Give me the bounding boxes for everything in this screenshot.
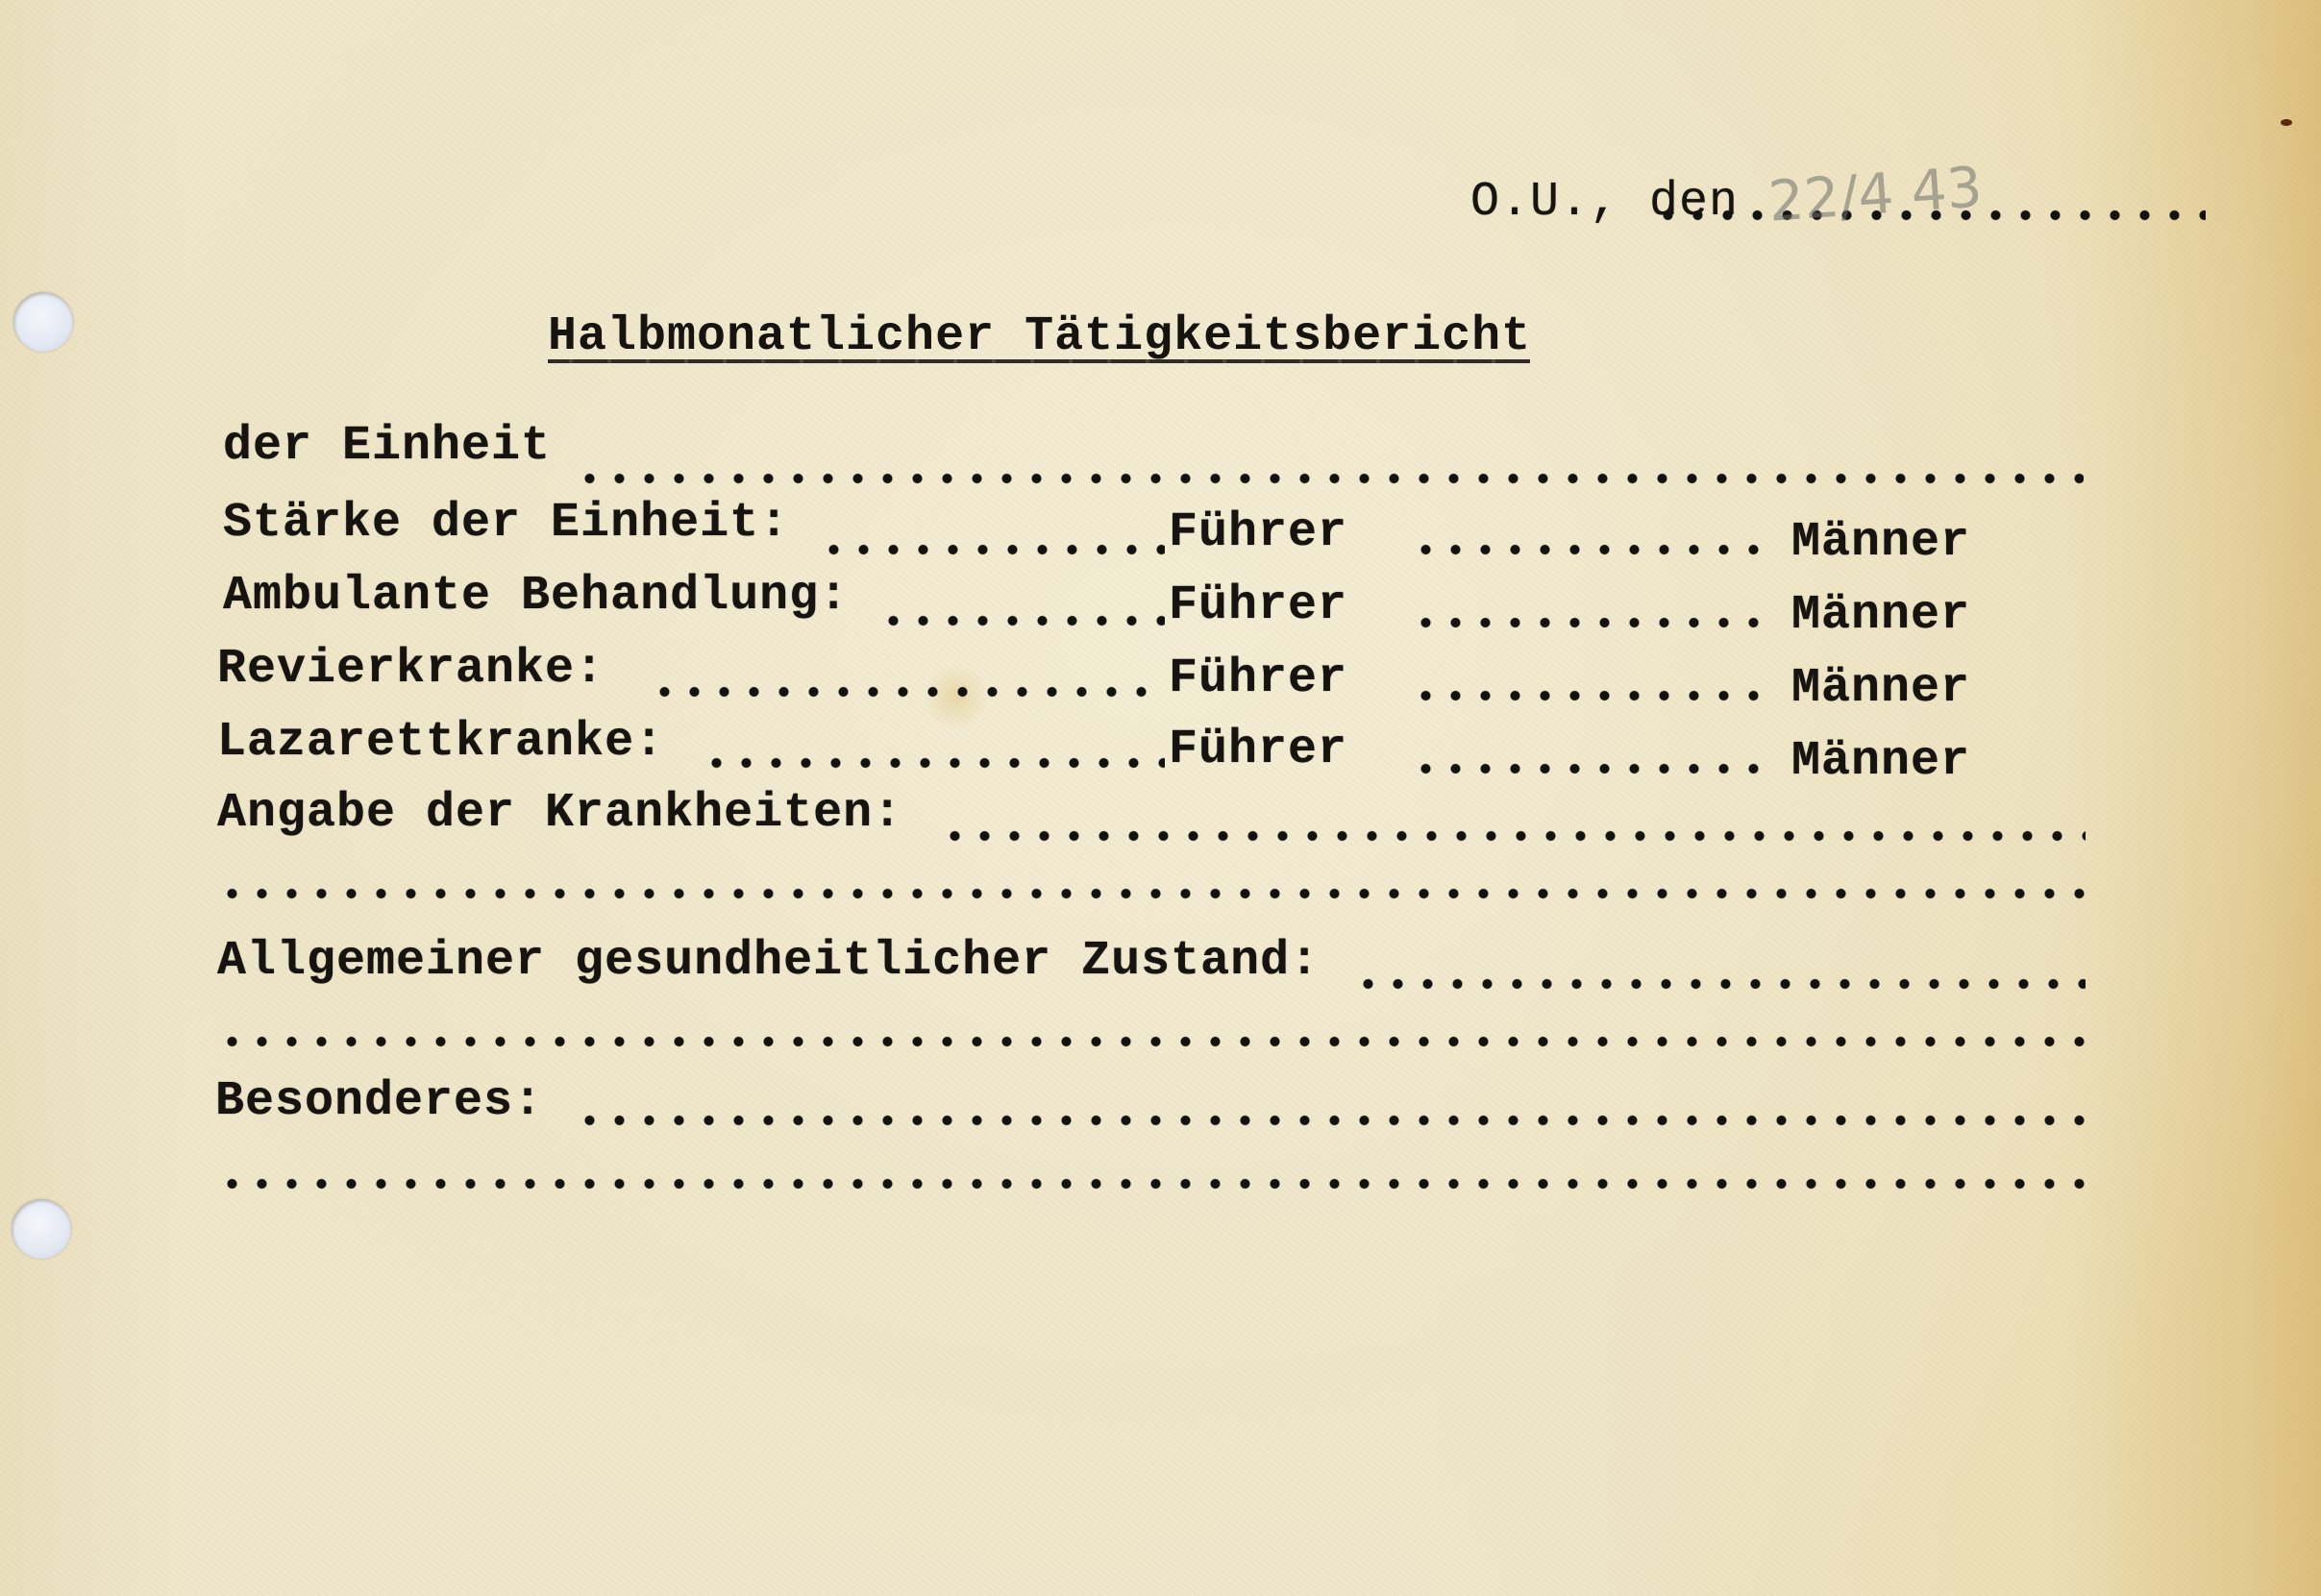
strength-maenner-label: Männer (1791, 519, 1970, 567)
hospital-fuehrer-label: Führer (1169, 726, 1347, 774)
outpatient-fuehrer-label: Führer (1169, 582, 1347, 630)
diseases-fill-line-1[interactable] (940, 830, 2086, 842)
outpatient-fuehrer-fill[interactable] (878, 615, 1165, 626)
hospital-maenner-label: Männer (1791, 738, 1970, 786)
edge-discoloration (2071, 0, 2321, 1596)
special-notes-label: Besonderes: (215, 1078, 543, 1126)
unit-label: der Einheit (223, 423, 551, 471)
strength-fuehrer-fill[interactable] (819, 544, 1165, 555)
sickbay-fuehrer-fill[interactable] (650, 686, 1165, 698)
outpatient-maenner-fill[interactable] (1411, 617, 1768, 628)
unit-fill-line[interactable] (575, 473, 2084, 484)
diseases-fill-line-2[interactable] (217, 888, 2086, 899)
health-status-label: Allgemeiner gesundheitlicher Zustand: (217, 938, 1320, 986)
document-title: Halbmonatlicher Tätigkeitsbericht (548, 309, 1531, 364)
special-notes-fill-line-2[interactable] (217, 1178, 2086, 1190)
sickbay-maenner-fill[interactable] (1411, 690, 1768, 701)
punch-hole-top (13, 292, 73, 352)
health-status-fill-line-2[interactable] (217, 1036, 2086, 1047)
diseases-label: Angabe der Krankheiten: (217, 790, 902, 838)
strength-fuehrer-label: Führer (1169, 509, 1347, 557)
hospital-fuehrer-fill[interactable] (702, 757, 1165, 769)
handwritten-date: 22/4 43 (1766, 154, 1985, 233)
special-notes-fill-line-1[interactable] (575, 1115, 2086, 1126)
document-page: O.U., den 22/4 43 Halbmonatlicher Tätigk… (0, 0, 2321, 1596)
sickbay-fuehrer-label: Führer (1169, 655, 1347, 703)
strength-label: Stärke der Einheit: (223, 500, 789, 548)
strength-maenner-fill[interactable] (1411, 544, 1768, 555)
health-status-fill-line-1[interactable] (1353, 978, 2086, 990)
sickbay-maenner-label: Männer (1791, 665, 1970, 713)
outpatient-label: Ambulante Behandlung: (223, 573, 849, 621)
outpatient-maenner-label: Männer (1791, 592, 1970, 640)
hospital-label: Lazarettkranke: (217, 719, 664, 767)
title-underline (548, 359, 1530, 363)
ink-speck (2281, 119, 2292, 126)
sickbay-label: Revierkranke: (217, 646, 605, 694)
hospital-maenner-fill[interactable] (1411, 763, 1768, 774)
punch-hole-bottom (12, 1199, 71, 1259)
